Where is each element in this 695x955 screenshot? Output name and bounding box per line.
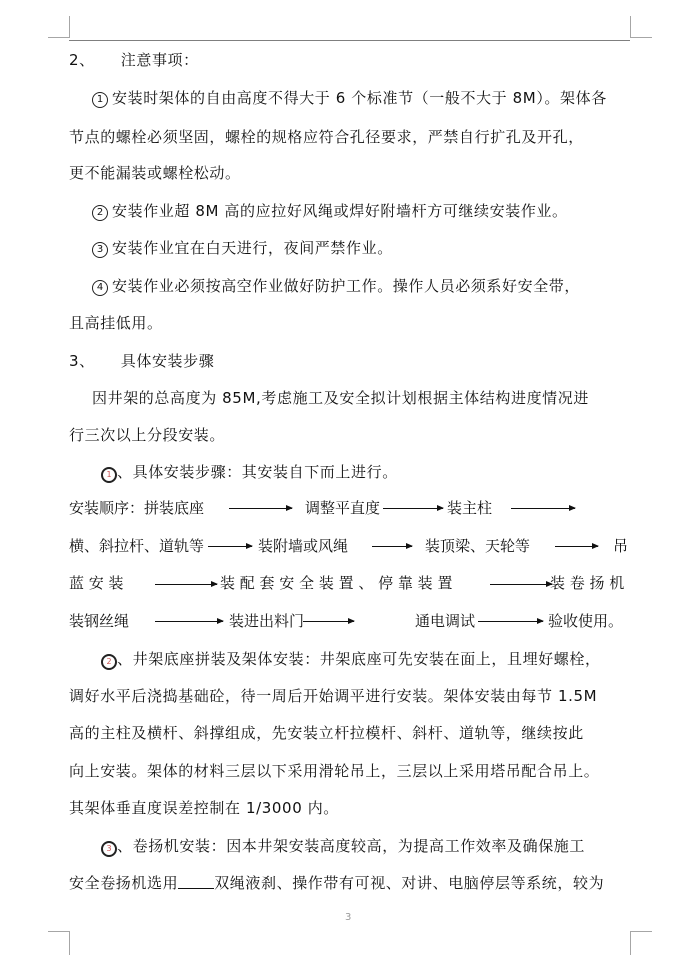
intro-line2: 行三次以上分段安装。	[69, 425, 225, 445]
flow-row2-item4: 吊	[613, 536, 628, 556]
section-number: 2、	[69, 51, 95, 69]
note-1-line3: 更不能漏装或螺栓松动。	[69, 163, 241, 183]
corner-mark-bottom-right-v	[630, 931, 631, 955]
numbered-bullet-icon: 1	[101, 467, 117, 483]
page-number: 3	[345, 912, 351, 923]
note-2: 2安装作业超 8M 高的应拉好风绳或焊好附墙杆方可继续安装作业。	[92, 201, 568, 221]
arrow-right-icon	[478, 621, 543, 622]
blank-underline	[178, 874, 214, 889]
corner-mark-top-right-h	[630, 37, 652, 38]
flow-row1-item1: 安装顺序：拼装底座	[69, 498, 204, 518]
arrow-right-icon	[229, 508, 292, 509]
flow-row4-item3: 通电调试	[415, 611, 475, 631]
circled-number-icon: 2	[92, 205, 108, 221]
step2-line3: 高的主柱及横杆、斜撑组成，先安装立杆拉模杆、斜杆、道轨等，继续按此	[69, 723, 584, 743]
section-title: 注意事项：	[121, 51, 199, 69]
header-rule	[69, 40, 630, 41]
circled-number-icon: 3	[92, 242, 108, 258]
flow-row4-item2: 装进出料门	[229, 611, 304, 631]
note-1-line1: 1安装时架体的自由高度不得大于 6 个标准节（一般不大于 8M）。架体各	[92, 88, 607, 108]
note-1-line2: 节点的螺栓必须坚固，螺栓的规格应符合孔径要求，严禁自行扩孔及开孔，	[69, 127, 584, 147]
note-4-line1: 4安装作业必须按高空作业做好防护工作。操作人员必须系好安全带，	[92, 276, 580, 296]
numbered-bullet-icon: 3	[101, 841, 117, 857]
flow-row4-item1: 装钢丝绳	[69, 611, 129, 631]
section2-heading: 2、注意事项：	[69, 50, 199, 70]
flow-row2-item3: 装顶梁、天轮等	[425, 536, 530, 556]
corner-mark-bottom-right-h	[630, 931, 652, 932]
step2-line2: 调好水平后浇捣基础砼，待一周后开始调平进行安装。架体安装由每节 1.5M	[69, 686, 597, 706]
arrow-right-icon	[208, 546, 252, 547]
arrow-right-icon	[372, 546, 412, 547]
step2-line5: 其架体垂直度误差控制在 1/3000 内。	[69, 798, 339, 818]
arrow-right-icon	[511, 508, 575, 509]
note-3: 3安装作业宜在白天进行，夜间严禁作业。	[92, 238, 393, 258]
corner-mark-top-left-v	[69, 16, 70, 38]
arrow-right-icon	[303, 621, 354, 622]
flow-row3-item3: 装 卷 扬 机	[550, 573, 624, 593]
flow-row2-item1: 横、斜拉杆、道轨等	[69, 536, 204, 556]
arrow-right-icon	[555, 546, 598, 547]
step3-line1: 3、卷扬机安装：因本井架安装高度较高，为提高工作效率及确保施工	[101, 836, 585, 857]
flow-row1-item3: 装主柱	[447, 498, 492, 518]
intro-line1: 因井架的总高度为 85M,考虑施工及安全拟计划根据主体结构进度情况进	[92, 388, 589, 408]
numbered-bullet-icon: 2	[101, 654, 117, 670]
flow-row3-item2: 装 配 套 安 全 装 置 、 停 靠 装 置	[220, 573, 452, 593]
section-title: 具体安装步骤	[121, 352, 215, 370]
step3-line2: 安全卷扬机选用双绳液刹、操作带有可视、对讲、电脑停层等系统，较为	[69, 873, 604, 893]
flow-row4-item4: 验收使用。	[548, 611, 623, 631]
arrow-right-icon	[490, 584, 552, 585]
note-4-line2: 且高挂低用。	[69, 313, 163, 333]
step2-line4: 向上安装。架体的材料三层以下采用滑轮吊上，三层以上采用塔吊配合吊上。	[69, 761, 599, 781]
arrow-right-icon	[155, 584, 217, 585]
arrow-right-icon	[383, 508, 443, 509]
corner-mark-bottom-left-h	[48, 931, 70, 932]
section-number: 3、	[69, 352, 95, 370]
circled-number-icon: 4	[92, 280, 108, 296]
corner-mark-top-right-v	[630, 16, 631, 38]
flow-row1-item2: 调整平直度	[305, 498, 380, 518]
corner-mark-bottom-left-v	[69, 931, 70, 955]
arrow-right-icon	[155, 621, 223, 622]
section3-heading: 3、具体安装步骤	[69, 351, 214, 371]
flow-row2-item2: 装附墙或风绳	[258, 536, 348, 556]
flow-row3-item1: 蓝 安 装	[69, 573, 124, 593]
step2-line1: 2、井架底座拼装及架体安装：井架底座可先安装在面上，且埋好螺栓，	[101, 649, 601, 670]
step1-heading: 1、具体安装步骤：其安装自下而上进行。	[101, 462, 398, 483]
circled-number-icon: 1	[92, 92, 108, 108]
corner-mark-top-left-h	[48, 37, 70, 38]
